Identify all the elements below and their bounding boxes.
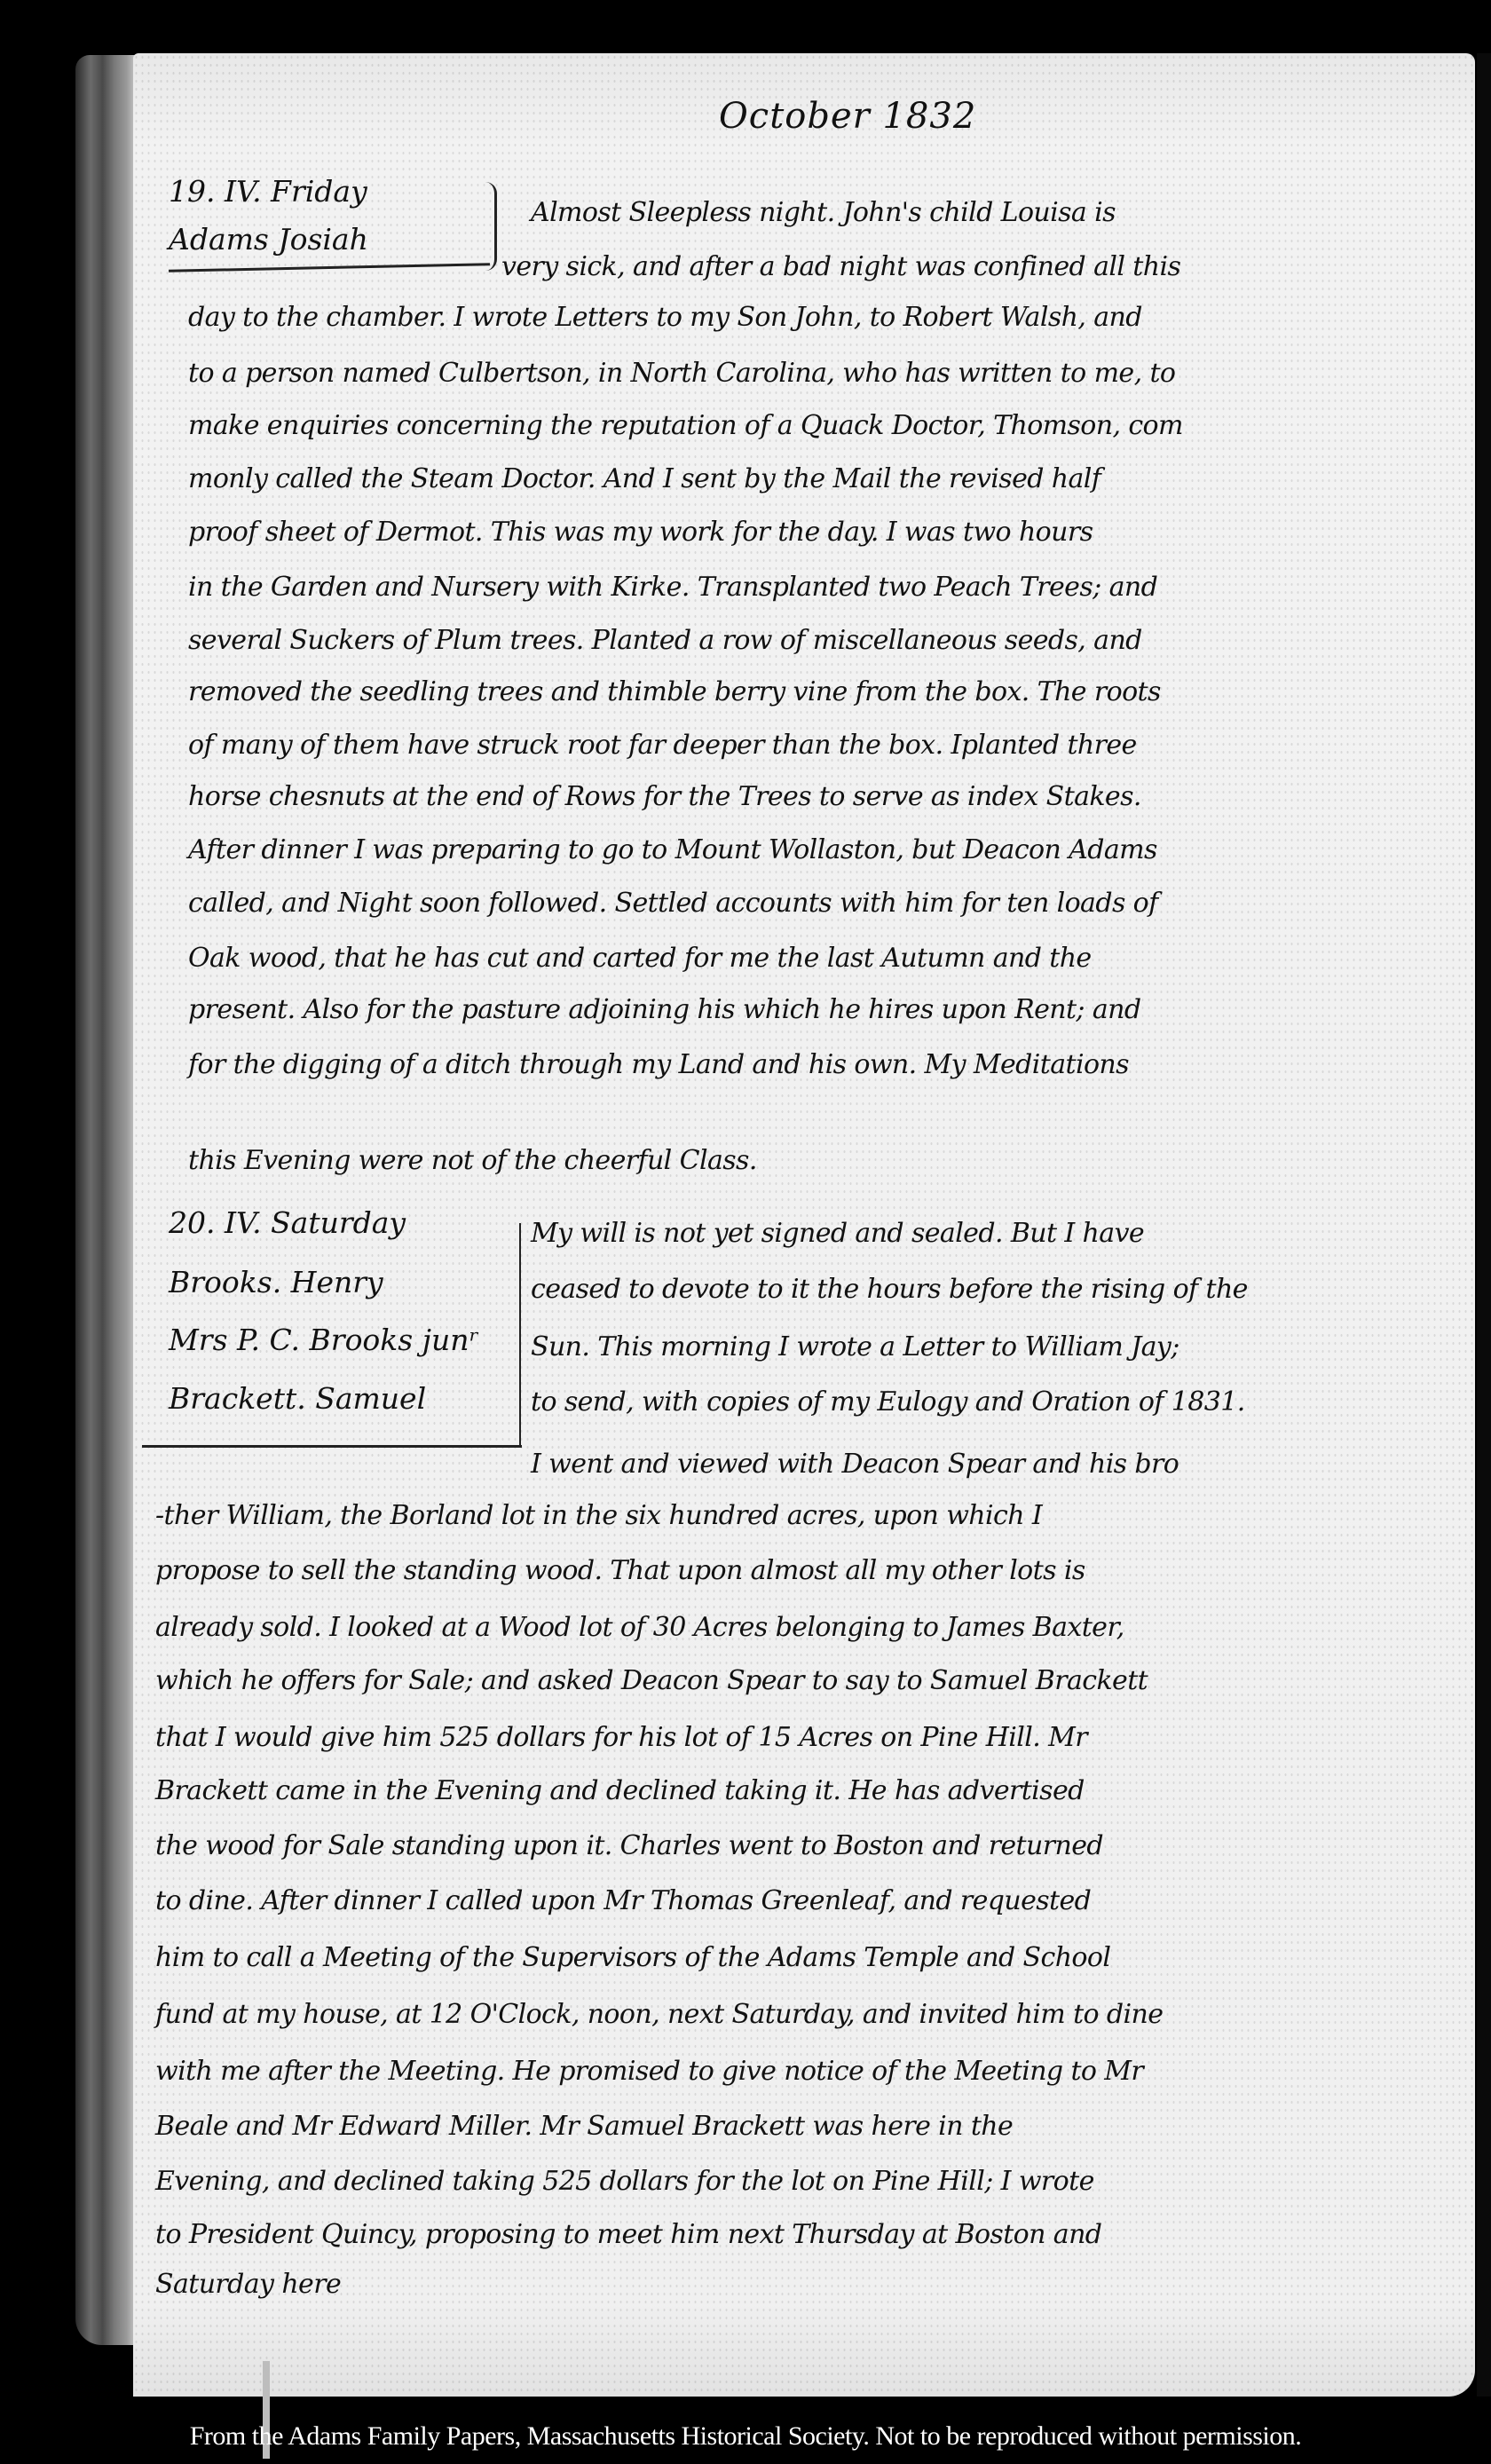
entry-line: fund at my house, at 12 O'Clock, noon, n… bbox=[155, 1999, 1163, 2030]
entry-line: day to the chamber. I wrote Letters to m… bbox=[188, 302, 1142, 333]
entry-line: removed the seedling trees and thimble b… bbox=[188, 676, 1161, 707]
entry-line: which he offers for Sale; and asked Deac… bbox=[155, 1665, 1148, 1696]
margin-rule bbox=[519, 1223, 521, 1445]
entry-line: called, and Night soon followed. Settled… bbox=[188, 888, 1158, 919]
entry-line: -ther William, the Borland lot in the si… bbox=[155, 1500, 1042, 1531]
entry-line: with me after the Meeting. He promised t… bbox=[155, 2056, 1143, 2087]
entry-line: several Suckers of Plum trees. Planted a… bbox=[188, 625, 1142, 656]
entry-line: propose to sell the standing wood. That … bbox=[155, 1555, 1085, 1586]
book-binding-edge bbox=[75, 55, 136, 2345]
entry-line: Almost Sleepless night. John's child Lou… bbox=[531, 197, 1116, 228]
entry-line: horse chesnuts at the end of Rows for th… bbox=[188, 781, 1141, 812]
entry-line: monly called the Steam Doctor. And I sen… bbox=[188, 463, 1100, 494]
entry-line: make enquiries concerning the reputation… bbox=[188, 410, 1183, 441]
entry-line: already sold. I looked at a Wood lot of … bbox=[155, 1612, 1124, 1643]
margin-bracket bbox=[485, 182, 497, 271]
entry-line: Brackett came in the Evening and decline… bbox=[155, 1775, 1085, 1806]
entry-line: proof sheet of Dermot. This was my work … bbox=[188, 517, 1093, 548]
entry-line: Saturday here bbox=[155, 2269, 341, 2300]
entry-line: After dinner I was preparing to go to Mo… bbox=[188, 834, 1157, 865]
entry-line: Beale and Mr Edward Miller. Mr Samuel Br… bbox=[155, 2111, 1013, 2142]
entry-line: My will is not yet signed and sealed. Bu… bbox=[531, 1218, 1144, 1249]
entry-line: for the digging of a ditch through my La… bbox=[188, 1049, 1129, 1080]
entry-line: to send, with copies of my Eulogy and Or… bbox=[531, 1386, 1245, 1418]
entry-line: I went and viewed with Deacon Spear and … bbox=[531, 1449, 1179, 1480]
entry-line: the wood for Sale standing upon it. Char… bbox=[155, 1830, 1103, 1861]
copyright-footer: From the Adams Family Papers, Massachuse… bbox=[0, 2421, 1491, 2452]
entry-line: Evening, and declined taking 525 dollars… bbox=[155, 2166, 1094, 2197]
entry-date-label: 19. IV. Friday bbox=[169, 174, 367, 209]
entry-line: Sun. This morning I wrote a Letter to Wi… bbox=[531, 1331, 1179, 1362]
entry-line: that I would give him 525 dollars for hi… bbox=[155, 1722, 1087, 1753]
manuscript-scan: October 1832 19. IV. Friday Adams Josiah… bbox=[0, 0, 1491, 2464]
entry-line: this Evening were not of the cheerful Cl… bbox=[188, 1145, 757, 1176]
margin-name: Brackett. Samuel bbox=[169, 1381, 426, 1416]
entry-line: to dine. After dinner I called upon Mr T… bbox=[155, 1885, 1091, 1916]
entry-line: ceased to devote to it the hours before … bbox=[531, 1274, 1248, 1305]
margin-underline bbox=[142, 1445, 522, 1448]
margin-name: Brooks. Henry bbox=[169, 1265, 383, 1299]
entry-line: very sick, and after a bad night was con… bbox=[501, 251, 1180, 282]
entry-line: him to call a Meeting of the Supervisors… bbox=[155, 1942, 1110, 1973]
page-right-edge bbox=[1477, 53, 1491, 2397]
page-heading-month-year: October 1832 bbox=[719, 96, 976, 137]
entry-line: to a person named Culbertson, in North C… bbox=[188, 358, 1175, 389]
margin-name: Mrs P. C. Brooks junʳ bbox=[169, 1323, 479, 1357]
entry-date-label: 20. IV. Saturday bbox=[169, 1205, 406, 1240]
entry-line: Oak wood, that he has cut and carted for… bbox=[188, 943, 1092, 974]
margin-name: Adams Josiah bbox=[169, 222, 368, 257]
entry-line: present. Also for the pasture adjoining … bbox=[188, 994, 1140, 1025]
entry-line: of many of them have struck root far dee… bbox=[188, 730, 1137, 761]
entry-line: to President Quincy, proposing to meet h… bbox=[155, 2219, 1101, 2250]
entry-line: in the Garden and Nursery with Kirke. Tr… bbox=[188, 572, 1157, 603]
